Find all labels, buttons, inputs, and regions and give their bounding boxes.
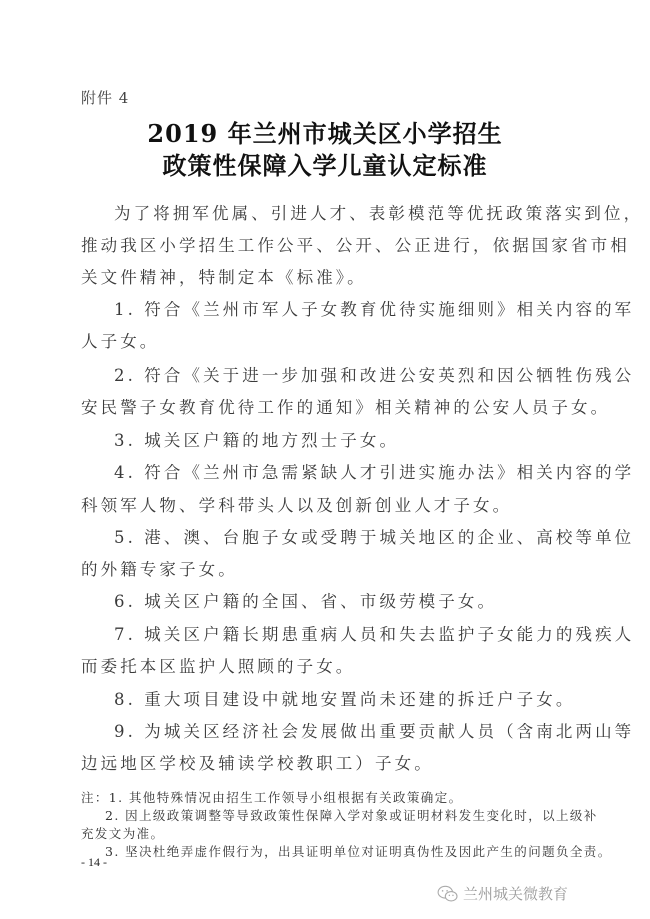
attachment-label: 附件 4 (81, 87, 129, 108)
criterion-item-9: 9. 为城关区经济社会发展做出重要贡献人员（含南北两山等 (114, 718, 609, 742)
watermark: 兰州城关微教育 (437, 883, 568, 904)
criterion-item-1-cont: 人子女。 (81, 328, 576, 352)
intro-line: 关文件精神，特制定本《标准》。 (81, 264, 576, 288)
wechat-icon (437, 885, 459, 903)
criterion-item-6: 6. 城关区户籍的全国、省、市级劳模子女。 (114, 588, 609, 612)
note-line-2: 2. 因上级政策调整等导致政策性保障入学对象或证明材料发生变化时，以上级补 (105, 806, 598, 824)
note-line-2-cont: 充发文为准。 (81, 824, 164, 842)
criterion-item-5-cont: 的外籍专家子女。 (81, 556, 576, 580)
intro-line: 为了将拥军优属、引进人才、表彰模范等优抚政策落实到位， (114, 200, 609, 224)
criterion-item-2-cont: 安民警子女教育优待工作的通知》相关精神的公安人员子女。 (81, 394, 576, 418)
note-line-3: 3. 坚决杜绝弄虚作假行为，出具证明单位对证明真伪性及因此产生的问题负全责。 (105, 842, 612, 860)
document-title-line-1: 2019 年兰州市城关区小学招生 (0, 114, 650, 149)
intro-line: 推动我区小学招生工作公平、公开、公正进行，依据国家省市相 (81, 232, 576, 256)
page-number: - 14 - (81, 855, 107, 870)
document-title-line-2: 政策性保障入学儿童认定标准 (0, 146, 650, 181)
criterion-item-1: 1. 符合《兰州市军人子女教育优待实施细则》相关内容的军 (114, 296, 609, 320)
criterion-item-7: 7. 城关区户籍长期患重病人员和失去监护子女能力的残疾人 (114, 621, 609, 645)
criterion-item-9-cont: 边远地区学校及辅读学校教职工）子女。 (81, 750, 576, 774)
criterion-item-5: 5. 港、澳、台胞子女或受聘于城关地区的企业、高校等单位 (114, 524, 609, 548)
criterion-item-4-cont: 科领军人物、学科带头人以及创新创业人才子女。 (81, 492, 576, 516)
criterion-item-3: 3. 城关区户籍的地方烈士子女。 (114, 427, 609, 451)
watermark-text: 兰州城关微教育 (463, 883, 568, 904)
note-line-1: 注：1. 其他特殊情况由招生工作领导小组根据有关政策确定。 (81, 788, 463, 806)
criterion-item-8: 8. 重大项目建设中就地安置尚未还建的拆迁户子女。 (114, 686, 609, 710)
criterion-item-4: 4. 符合《兰州市急需紧缺人才引进实施办法》相关内容的学 (114, 459, 609, 483)
criterion-item-7-cont: 而委托本区监护人照顾的子女。 (81, 653, 576, 677)
criterion-item-2: 2. 符合《关于进一步加强和改进公安英烈和因公牺牲伤残公 (114, 362, 609, 386)
